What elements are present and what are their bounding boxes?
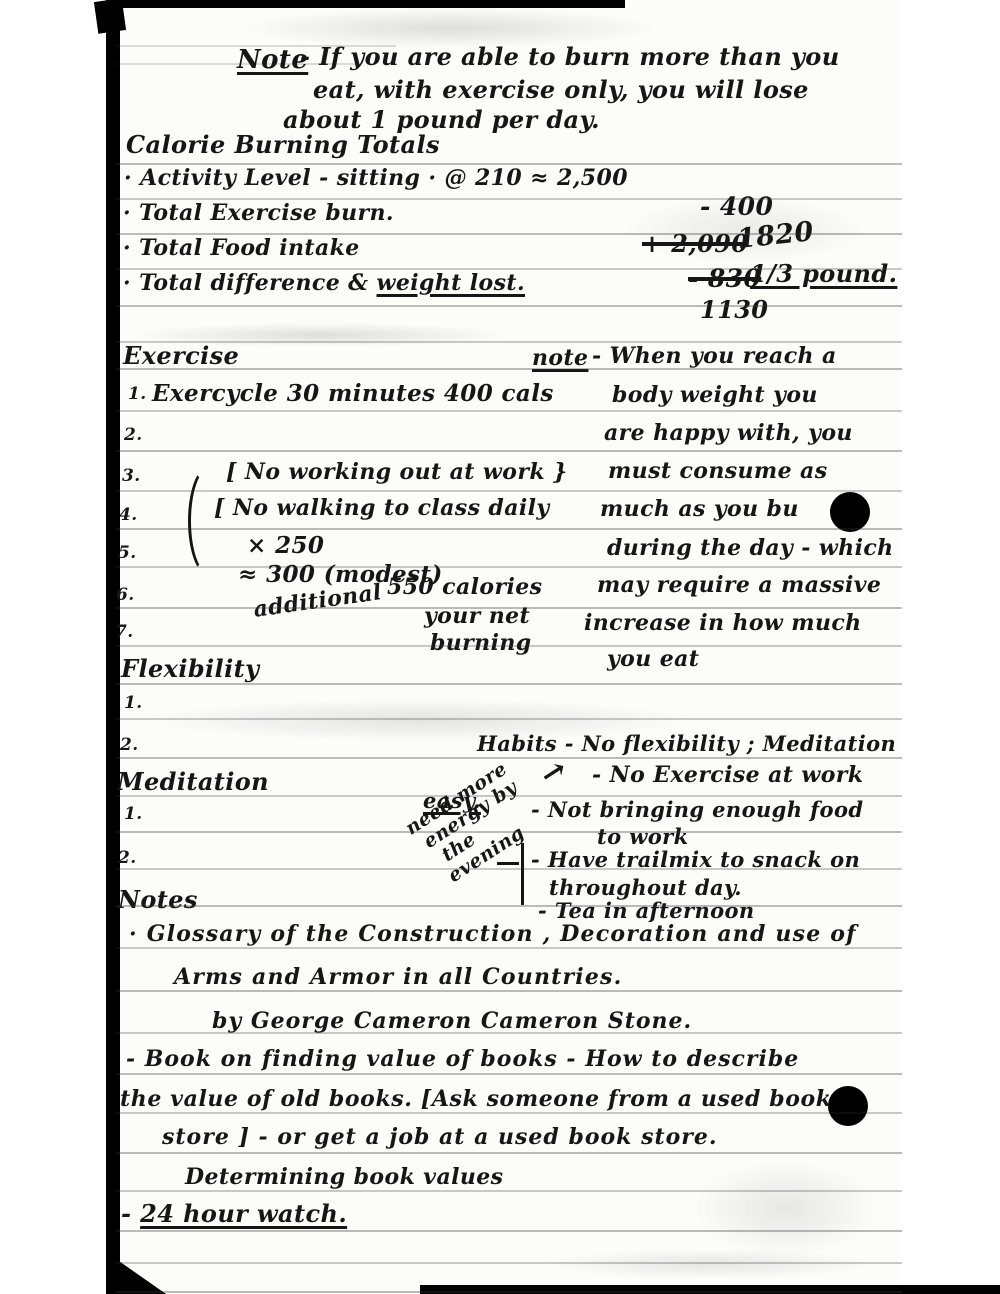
meditation-bullet: - Not bringing enough food — [531, 799, 863, 820]
exercise-calc-550-calories: 550 calories — [387, 576, 542, 598]
notes-glossary-line: by George Cameron Cameron Stone. — [212, 1010, 692, 1032]
note-line-1: - If you are able to burn more than you — [300, 45, 840, 69]
bracket-line — [521, 843, 524, 905]
side-note-line: body weight you — [612, 384, 818, 406]
margin-number: 6. — [116, 587, 135, 604]
curly-brace — [188, 466, 230, 576]
hole-punch-top — [830, 492, 870, 532]
margin-number: 1. — [124, 695, 143, 712]
notes-glossary-line: Arms and Armor in all Countries. — [174, 966, 623, 988]
exercise-calc-burning: burning — [430, 632, 532, 654]
difference-label-text: · Total difference & — [123, 270, 377, 296]
exercise-heading: Exercise — [123, 344, 239, 368]
dash-prefix: - — [121, 1199, 140, 1228]
note-line-3: about 1 pound per day. — [283, 108, 600, 132]
flexibility-heading: Flexibility — [121, 657, 259, 681]
margin-number: 3. — [122, 468, 141, 485]
scan-edge-bottom — [420, 1285, 1000, 1294]
scan-edge-left — [106, 0, 120, 1294]
side-note-line: must consume as — [608, 460, 828, 482]
notes-book-line: store ] - or get a job at a used book st… — [162, 1126, 718, 1148]
margin-number: 2. — [120, 737, 139, 754]
calorie-row-food-label: · Total Food intake — [123, 237, 360, 259]
exercise-item-no-walking: [ No walking to class daily — [214, 497, 550, 519]
no-exercise-note: - No Exercise at work — [592, 764, 863, 786]
calorie-row-difference-label: · Total difference & weight lost. — [123, 272, 525, 294]
side-note-line: increase in how much — [584, 612, 862, 634]
notes-glossary-line: · Glossary of the Construction , Decorat… — [129, 923, 857, 945]
notes-book-line: the value of old books. [Ask someone fro… — [120, 1088, 832, 1110]
side-note-line: you eat — [607, 648, 699, 670]
side-note-line: - When you reach a — [592, 345, 837, 367]
meditation-bullet: throughout day. — [549, 877, 742, 898]
meditation-bullet: - Have trailmix to snack on — [531, 849, 860, 870]
connector-dash — [497, 862, 519, 865]
note-label: Note — [237, 47, 308, 73]
side-note-line: during the day - which — [607, 537, 894, 559]
side-note-label: note — [532, 347, 588, 369]
hole-punch-bottom — [828, 1086, 868, 1126]
side-note-line: much as you bu — [600, 498, 799, 520]
calorie-heading: Calorie Burning Totals — [126, 133, 440, 157]
note-line-2: eat, with exercise only, you will lose — [313, 78, 809, 102]
meditation-bullet: to work — [597, 826, 689, 847]
notes-book-line: - Book on finding value of books - How t… — [126, 1048, 799, 1070]
margin-number: 1. — [124, 806, 143, 823]
calorie-row-exercise-label: · Total Exercise burn. — [123, 202, 394, 224]
exercise-calc-your-net: your net — [424, 605, 530, 627]
calorie-row-food-corrected-value: 1820 — [736, 218, 815, 253]
scan-edge-corner-bottom-left — [106, 1252, 166, 1294]
exercise-item-exercycle: Exercycle 30 minutes 400 cals — [152, 382, 554, 405]
calorie-row-weight-lost-result: 1/3 pound. — [750, 262, 897, 286]
scanned-page: Note - If you are able to burn more than… — [0, 0, 1000, 1294]
side-note-line: may require a massive — [597, 574, 881, 596]
meditation-heading: Meditation — [117, 770, 269, 794]
exercise-item-no-working-out: [ No working out at work } — [226, 461, 568, 483]
margin-number: 2. — [118, 850, 137, 867]
notes-24-hour-watch: - 24 hour watch. — [121, 1202, 347, 1226]
margin-number: 1. — [128, 386, 147, 403]
side-note-line: are happy with, you — [604, 422, 853, 444]
meditation-bullet: - Tea in afternoon — [538, 900, 755, 921]
scan-edge-top — [110, 0, 625, 8]
calorie-row-difference-corrected-value: 1130 — [700, 298, 768, 322]
habits-note: Habits - No flexibility ; Meditation — [477, 733, 896, 754]
margin-number: 2. — [124, 427, 143, 444]
watch-underlined: 24 hour watch. — [140, 1199, 347, 1228]
exercise-calc-x250: × 250 — [247, 534, 324, 557]
calorie-row-activity: · Activity Level - sitting · @ 210 ≈ 2,5… — [124, 167, 628, 189]
notes-determining-values: Determining book values — [185, 1166, 503, 1188]
margin-number: 7. — [115, 624, 134, 641]
calorie-row-exercise-value: - 400 — [700, 194, 773, 219]
margin-number: 5. — [118, 545, 137, 562]
notes-heading: Notes — [118, 888, 198, 912]
calorie-row-food-old-value: + 2,090 — [642, 232, 748, 256]
margin-number: 4. — [119, 507, 138, 524]
weight-lost-underlined: weight lost. — [377, 270, 526, 296]
